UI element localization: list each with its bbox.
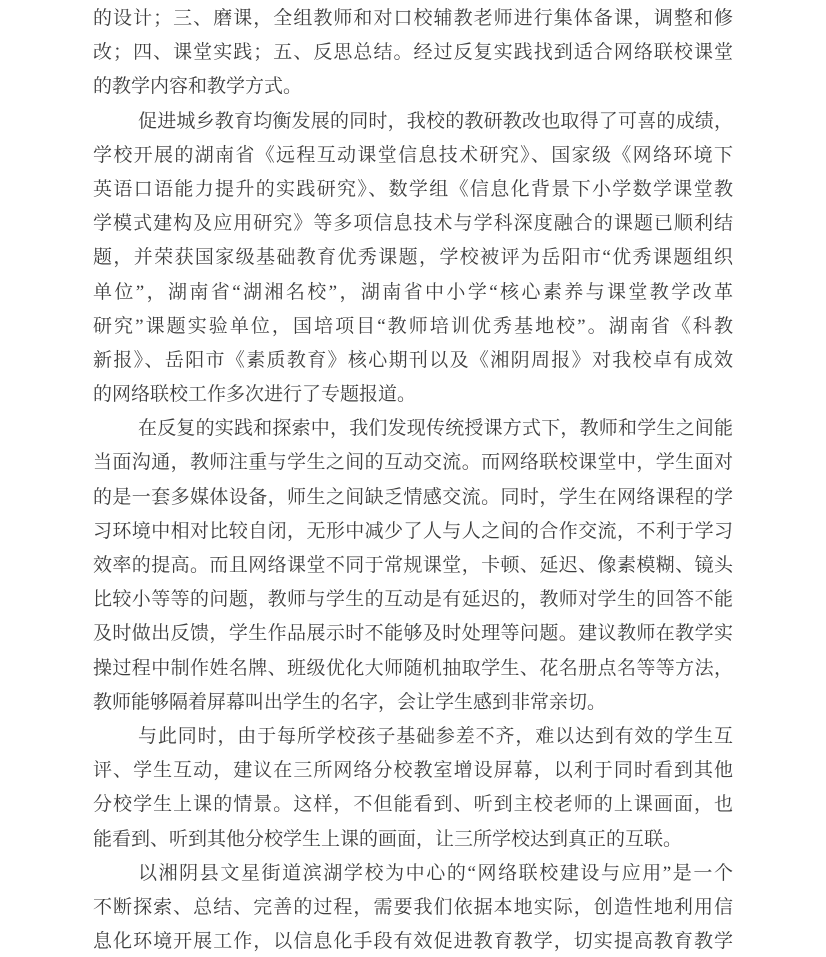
text-line: 操过程中制作姓名牌、班级优化大师随机抽取学生、花名册点名等等方法，: [93, 652, 733, 686]
text-line: 及时做出反馈，学生作品展示时不能够及时处理等问题。建议教师在教学实: [93, 617, 733, 651]
text-line: 息化环境开展工作，以信息化手段有效促进教育教学，切实提高教育教学: [93, 925, 733, 957]
text-line: 学模式建构及应用研究》等多项信息技术与学科深度融合的课题已顺利结: [93, 207, 733, 241]
text-body: 的设计；三、磨课，全组教师和对口校辅教老师进行集体备课，调整和修改；四、课堂实践…: [93, 2, 733, 957]
text-line: 习环境中相对比较自闭，无形中减少了人与人之间的合作交流，不利于学习: [93, 515, 733, 549]
text-line: 单位”，湖南省“湖湘名校”，湖南省中小学“核心素养与课堂教学改革: [93, 276, 733, 310]
text-line: 与此同时，由于每所学校孩子基础参差不齐，难以达到有效的学生互: [93, 720, 733, 754]
text-line: 学校开展的湖南省《远程互动课堂信息技术研究》、国家级《网络环境下: [93, 139, 733, 173]
text-line: 英语口语能力提升的实践研究》、数学组《信息化背景下小学数学课堂教: [93, 173, 733, 207]
text-line: 分校学生上课的情景。这样，不但能看到、听到主校老师的上课画面，也: [93, 788, 733, 822]
text-line: 的设计；三、磨课，全组教师和对口校辅教老师进行集体备课，调整和修: [93, 2, 733, 36]
text-line: 题，并荣获国家级基础教育优秀课题，学校被评为岳阳市“优秀课题组织: [93, 241, 733, 275]
text-line: 研究”课题实验单位，国培项目“教师培训优秀基地校”。湖南省《科教: [93, 310, 733, 344]
text-line: 的网络联校工作多次进行了专题报道。: [93, 378, 733, 412]
text-line: 效率的提高。而且网络课堂不同于常规课堂，卡顿、延迟、像素模糊、镜头: [93, 549, 733, 583]
text-line: 促进城乡教育均衡发展的同时，我校的教研教改也取得了可喜的成绩，: [93, 105, 733, 139]
text-line: 教师能够隔着屏幕叫出学生的名字，会让学生感到非常亲切。: [93, 686, 733, 720]
text-line: 的是一套多媒体设备，师生之间缺乏情感交流。同时，学生在网络课程的学: [93, 481, 733, 515]
text-line: 以湘阴县文星街道滨湖学校为中心的“网络联校建设与应用”是一个: [93, 857, 733, 891]
text-line: 不断探索、总结、完善的过程，需要我们依据本地实际，创造性地利用信: [93, 891, 733, 925]
text-line: 新报》、岳阳市《素质教育》核心期刊以及《湘阴周报》对我校卓有成效: [93, 344, 733, 378]
text-line: 在反复的实践和探索中，我们发现传统授课方式下，教师和学生之间能: [93, 412, 733, 446]
text-line: 的教学内容和教学方式。: [93, 70, 733, 104]
text-line: 改；四、课堂实践；五、反思总结。经过反复实践找到适合网络联校课堂: [93, 36, 733, 70]
text-line: 当面沟通，教师注重与学生之间的互动交流。而网络联校课堂中，学生面对: [93, 446, 733, 480]
text-line: 评、学生互动，建议在三所网络分校教室增设屏幕，以利于同时看到其他: [93, 754, 733, 788]
text-line: 比较小等等的问题，教师与学生的互动是有延迟的，教师对学生的回答不能: [93, 583, 733, 617]
text-line: 能看到、听到其他分校学生上课的画面，让三所学校达到真正的互联。: [93, 823, 733, 857]
document-page: 的设计；三、磨课，全组教师和对口校辅教老师进行集体备课，调整和修改；四、课堂实践…: [0, 0, 826, 957]
